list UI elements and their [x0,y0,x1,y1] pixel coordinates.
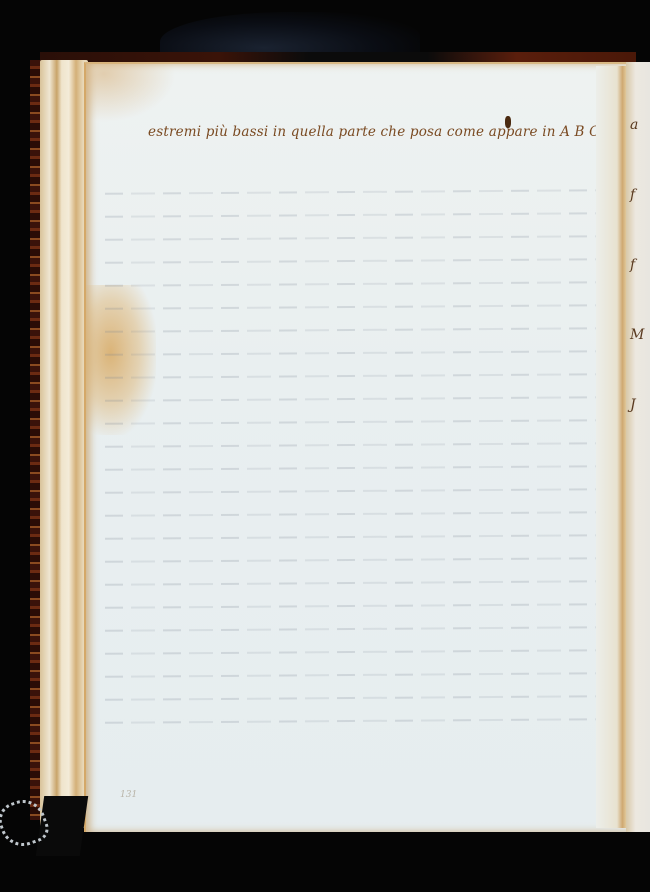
facing-page-marks: a f f M J [630,90,650,790]
ink-blot [505,116,511,128]
bleed-through-text [105,170,605,770]
page-stack-edges [40,60,88,828]
right-page-fold [596,66,626,828]
corner-stain [86,62,176,122]
handwritten-top-line: estremi più bassi in quella parte che po… [148,124,608,140]
folio-number: 131 [120,790,137,800]
